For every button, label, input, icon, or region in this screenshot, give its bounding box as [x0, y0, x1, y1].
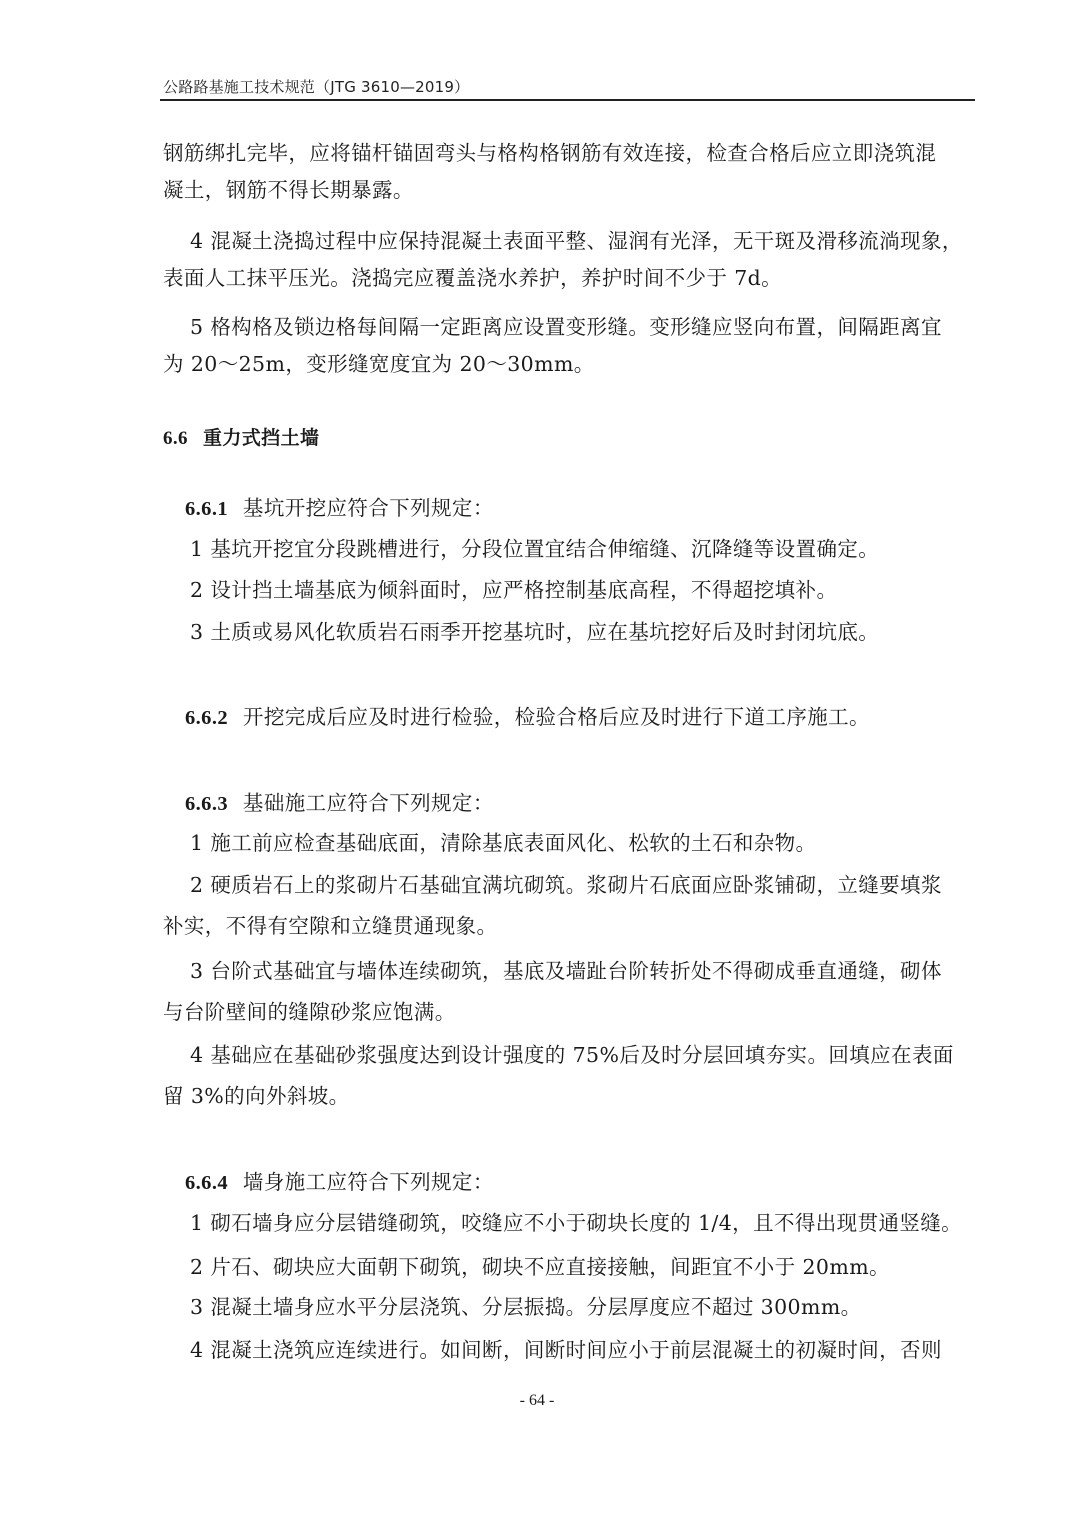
clause-number: 6.6.3: [185, 793, 228, 815]
list-item: 1 施工前应检查基础底面，清除基底表面风化、松软的土石和杂物。: [190, 831, 1000, 855]
list-item: 1 基坑开挖宜分段跳槽进行，分段位置宜结合伸缩缝、沉降缝等设置确定。: [190, 537, 1000, 561]
clause-heading: 6.6.1 基坑开挖应符合下列规定：: [185, 496, 995, 521]
list-item: 5 格构格及锁边格每间隔一定距离应设置变形缝。变形缝应竖向布置，间隔距离宜: [190, 315, 1000, 339]
clause-number: 6.6.2: [185, 707, 228, 729]
list-item: 2 设计挡土墙基底为倾斜面时，应严格控制基底高程，不得超挖填补。: [190, 578, 1000, 602]
paragraph-line: 补实，不得有空隙和立缝贯通现象。: [163, 914, 973, 938]
section-heading: 6.6 重力式挡土墙: [163, 426, 973, 451]
list-item: 4 混凝土浇捣过程中应保持混凝土表面平整、湿润有光泽，无干斑及滑移流淌现象，: [190, 229, 1000, 253]
section-title: 重力式挡土墙: [203, 427, 319, 449]
paragraph-line: 钢筋绑扎完毕，应将锚杆锚固弯头与格构格钢筋有效连接，检查合格后应立即浇筑混: [163, 141, 973, 165]
clause-heading: 6.6.4 墙身施工应符合下列规定：: [185, 1170, 995, 1195]
list-item: 3 混凝土墙身应水平分层浇筑、分层振捣。分层厚度应不超过 300mm。: [190, 1295, 1000, 1319]
list-item: 3 土质或易风化软质岩石雨季开挖基坑时，应在基坑挖好后及时封闭坑底。: [190, 620, 1000, 644]
clause-heading: 6.6.2 开挖完成后应及时进行检验，检验合格后应及时进行下道工序施工。: [185, 705, 995, 730]
clause-title: 基坑开挖应符合下列规定：: [243, 496, 494, 520]
running-header: 公路路基施工技术规范（JTG 3610—2019）: [163, 76, 469, 97]
section-number: 6.6: [163, 428, 188, 449]
list-item: 2 片石、砌块应大面朝下砌筑，砌块不应直接接触，间距宜不小于 20mm。: [190, 1255, 1000, 1279]
clause-title: 开挖完成后应及时进行检验，检验合格后应及时进行下道工序施工。: [243, 705, 870, 729]
header-rule: [160, 99, 975, 101]
clause-number: 6.6.4: [185, 1172, 228, 1194]
clause-heading: 6.6.3 基础施工应符合下列规定：: [185, 791, 995, 816]
list-item: 2 硬质岩石上的浆砌片石基础宜满坑砌筑。浆砌片石底面应卧浆铺砌，立缝要填浆: [190, 873, 1000, 897]
clause-title: 基础施工应符合下列规定：: [243, 791, 494, 815]
paragraph-line: 凝土，钢筋不得长期暴露。: [163, 178, 973, 202]
list-item: 3 台阶式基础宜与墙体连续砌筑，基底及墙趾台阶转折处不得砌成垂直通缝，砌体: [190, 959, 1000, 983]
clause-title: 墙身施工应符合下列规定：: [243, 1170, 494, 1194]
list-item: 4 基础应在基础砂浆强度达到设计强度的 75%后及时分层回填夯实。回填应在表面: [190, 1043, 1000, 1067]
paragraph-line: 为 20～25m，变形缝宽度宜为 20～30mm。: [163, 352, 973, 376]
clause-number: 6.6.1: [185, 498, 228, 520]
paragraph-line: 表面人工抹平压光。浇捣完应覆盖浇水养护，养护时间不少于 7d。: [163, 266, 973, 290]
paragraph-line: 留 3%的向外斜坡。: [163, 1084, 973, 1108]
paragraph-line: 与台阶壁间的缝隙砂浆应饱满。: [163, 1000, 973, 1024]
list-item: 4 混凝土浇筑应连续进行。如间断，间断时间应小于前层混凝土的初凝时间，否则: [190, 1338, 1000, 1362]
page-number: - 64 -: [0, 1392, 1074, 1410]
list-item: 1 砌石墙身应分层错缝砌筑，咬缝应不小于砌块长度的 1/4，且不得出现贯通竖缝。: [190, 1211, 1000, 1235]
